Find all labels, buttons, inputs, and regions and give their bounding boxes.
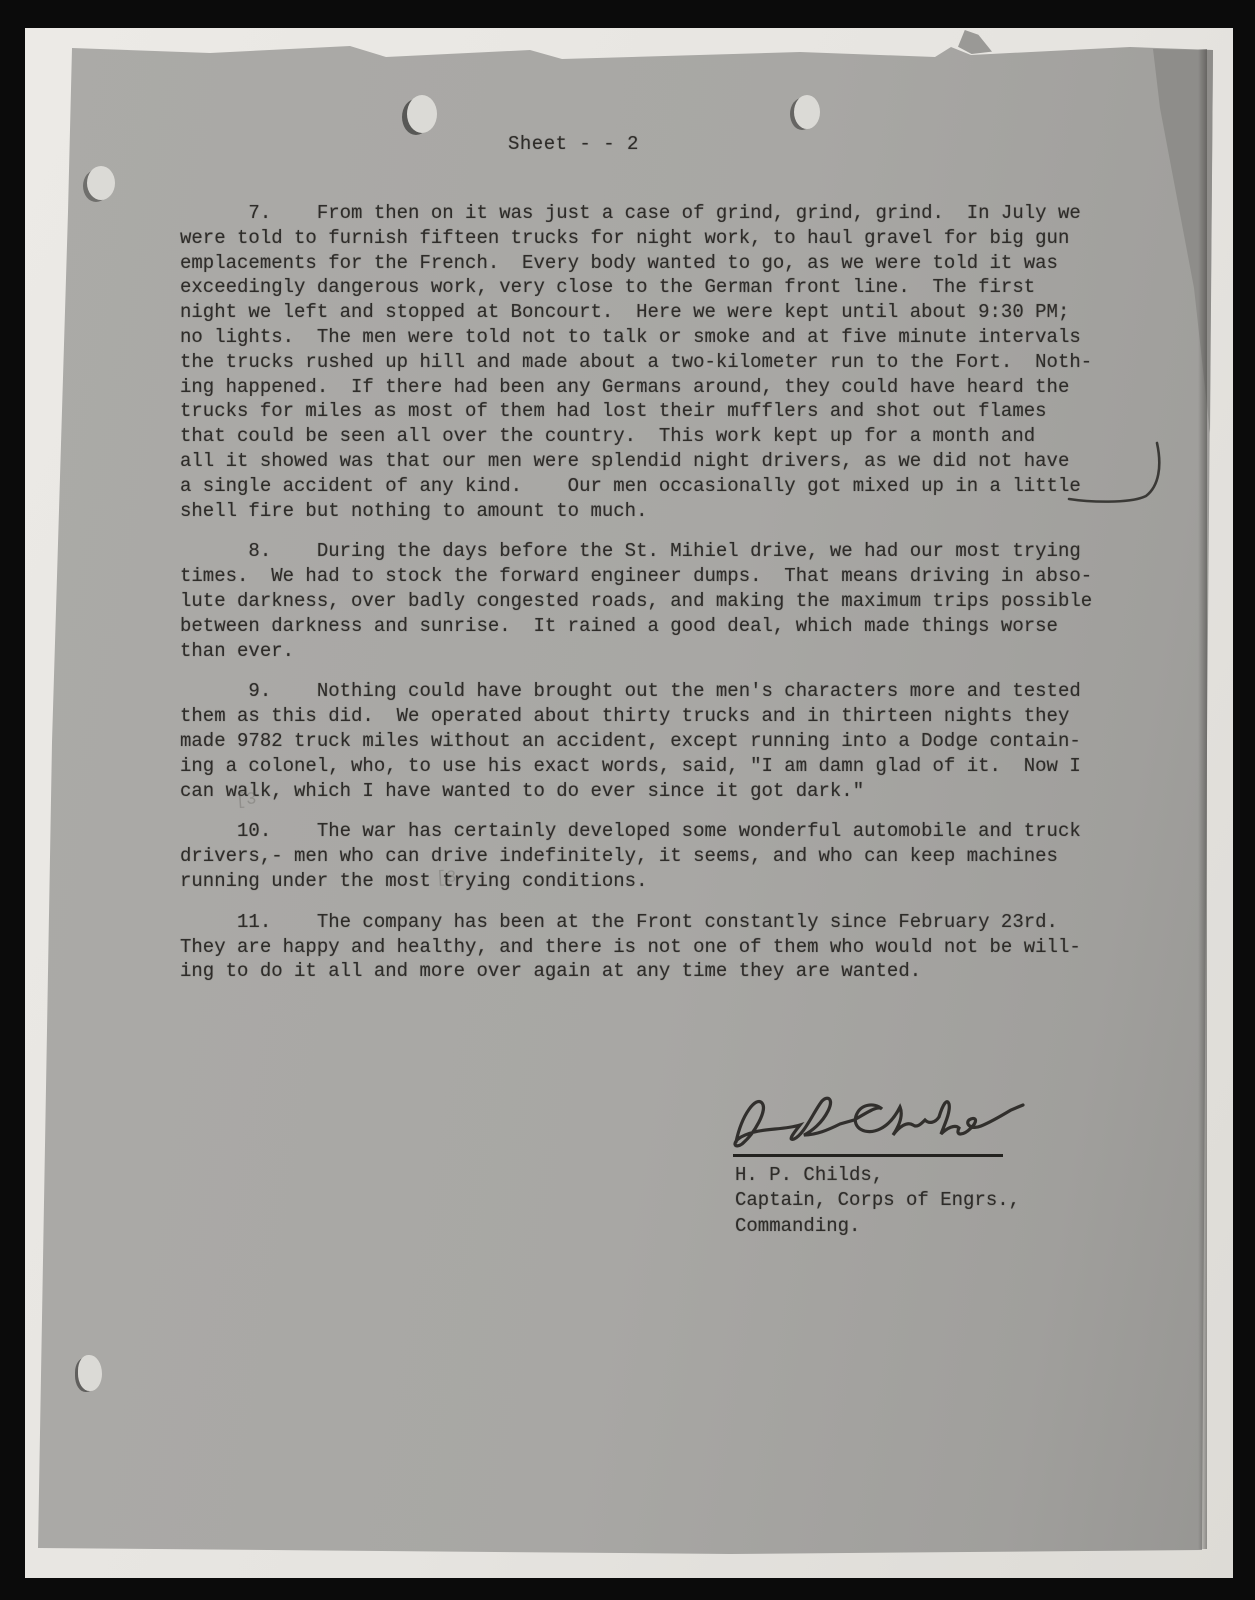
pencil-mark: [3 — [235, 790, 257, 810]
handwritten-bracket-mark — [1064, 440, 1168, 512]
text-line: made 9782 truck miles without an acciden… — [180, 729, 1130, 754]
text-line: 9. Nothing could have brought out the me… — [180, 679, 1130, 704]
text-line: than ever. — [180, 639, 1130, 664]
text-line: night we left and stopped at Boncourt. H… — [180, 300, 1130, 325]
text-line: all it showed was that our men were sple… — [180, 449, 1130, 474]
text-line: were told to furnish fifteen trucks for … — [180, 226, 1130, 251]
text-line: no lights. The men were told not to talk… — [180, 325, 1130, 350]
text-line: them as this did. We operated about thir… — [180, 704, 1130, 729]
sheet-number-heading: Sheet - - 2 — [508, 133, 639, 155]
text-line: shell fire but nothing to amount to much… — [180, 499, 1130, 524]
text-line: 8. During the days before the St. Mihiel… — [180, 539, 1130, 564]
text-line: can walk, which I have wanted to do ever… — [180, 779, 1130, 804]
punch-hole — [407, 95, 437, 133]
signature-underline — [733, 1154, 1003, 1157]
text-line: a single accident of any kind. Our men o… — [180, 474, 1130, 499]
punch-hole — [794, 95, 820, 129]
text-line: times. We had to stock the forward engin… — [180, 564, 1130, 589]
text-line: ing to do it all and more over again at … — [180, 959, 1130, 984]
paragraph-11: 11. The company has been at the Front co… — [180, 910, 1130, 984]
text-line: ing a colonel, who, to use his exact wor… — [180, 754, 1130, 779]
text-line: that could be seen all over the country.… — [180, 424, 1130, 449]
signed-role: Commanding. — [735, 1214, 1020, 1239]
text-line: 10. The war has certainly developed some… — [180, 819, 1130, 844]
paper-edge-shadow — [1198, 49, 1207, 1549]
signature-block: H. P. Childs, Captain, Corps of Engrs., … — [735, 1163, 1020, 1239]
text-line: emplacements for the French. Every body … — [180, 251, 1130, 276]
signature-script — [728, 1090, 1028, 1158]
signed-title: Captain, Corps of Engrs., — [735, 1188, 1020, 1213]
pencil-mark: [3 — [436, 868, 457, 888]
text-line: They are happy and healthy, and there is… — [180, 935, 1130, 960]
paragraph-8: 8. During the days before the St. Mihiel… — [180, 539, 1130, 663]
paragraph-7: 7. From then on it was just a case of gr… — [180, 201, 1130, 523]
punch-hole — [87, 166, 115, 200]
text-line: exceedingly dangerous work, very close t… — [180, 275, 1130, 300]
text-line: trucks for miles as most of them had los… — [180, 399, 1130, 424]
signed-name: H. P. Childs, — [735, 1163, 1020, 1188]
text-line: lute darkness, over badly congested road… — [180, 589, 1130, 614]
text-line: 11. The company has been at the Front co… — [180, 910, 1130, 935]
text-line: running under the most trying conditions… — [180, 869, 1130, 894]
paragraph-9: 9. Nothing could have brought out the me… — [180, 679, 1130, 803]
text-line: the trucks rushed up hill and made about… — [180, 350, 1130, 375]
text-line: 7. From then on it was just a case of gr… — [180, 201, 1130, 226]
text-line: drivers,- men who can drive indefinitely… — [180, 844, 1130, 869]
letter-body: 7. From then on it was just a case of gr… — [180, 201, 1130, 1000]
paragraph-10: 10. The war has certainly developed some… — [180, 819, 1130, 893]
scan-background: Sheet - - 2 7. From then on it was just … — [0, 0, 1255, 1600]
punch-hole — [78, 1355, 102, 1391]
text-line: between darkness and sunrise. It rained … — [180, 614, 1130, 639]
text-line: ing happened. If there had been any Germ… — [180, 375, 1130, 400]
